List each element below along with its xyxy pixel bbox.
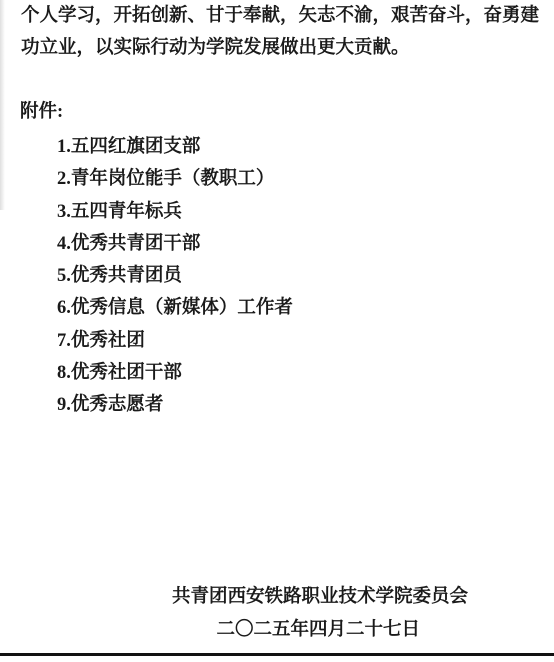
attachment-item-6: 6.优秀信息（新媒体）工作者 (57, 292, 293, 324)
attachment-item-1: 1.五四红旗团支部 (57, 131, 293, 163)
attachment-item-3: 3.五四青年标兵 (57, 196, 293, 228)
signature-block: 共青团西安铁路职业技术学院委员会 二〇二五年四月二十七日 (0, 581, 554, 647)
attachment-item-2: 2.青年岗位能手（教职工） (57, 163, 293, 195)
body-paragraph: 个人学习，开拓创新、甘于奉献，矢志不渝，艰苦奋斗，奋勇建 功立业，以实际行动为学… (21, 0, 539, 64)
scan-edge-artifact (0, 0, 5, 210)
attachment-item-8: 8.优秀社团干部 (57, 357, 293, 389)
document-page: 个人学习，开拓创新、甘于奉献，矢志不渝，艰苦奋斗，奋勇建 功立业，以实际行动为学… (0, 0, 554, 662)
attachment-item-5: 5.优秀共青团员 (57, 260, 293, 292)
attachment-item-7: 7.优秀社团 (57, 325, 293, 357)
attachment-list: 1.五四红旗团支部 2.青年岗位能手（教职工） 3.五四青年标兵 4.优秀共青团… (57, 131, 293, 422)
page-bottom-border (0, 653, 554, 656)
attachment-item-4: 4.优秀共青团干部 (57, 228, 293, 260)
paragraph-line-1: 个人学习，开拓创新、甘于奉献，矢志不渝，艰苦奋斗，奋勇建 (21, 0, 539, 32)
attachment-item-9: 9.优秀志愿者 (57, 389, 293, 421)
issue-date: 二〇二五年四月二十七日 (0, 614, 554, 647)
attachment-label: 附件: (20, 96, 63, 128)
issuing-organization: 共青团西安铁路职业技术学院委员会 (0, 581, 554, 614)
paragraph-line-2: 功立业，以实际行动为学院发展做出更大贡献。 (21, 32, 539, 64)
